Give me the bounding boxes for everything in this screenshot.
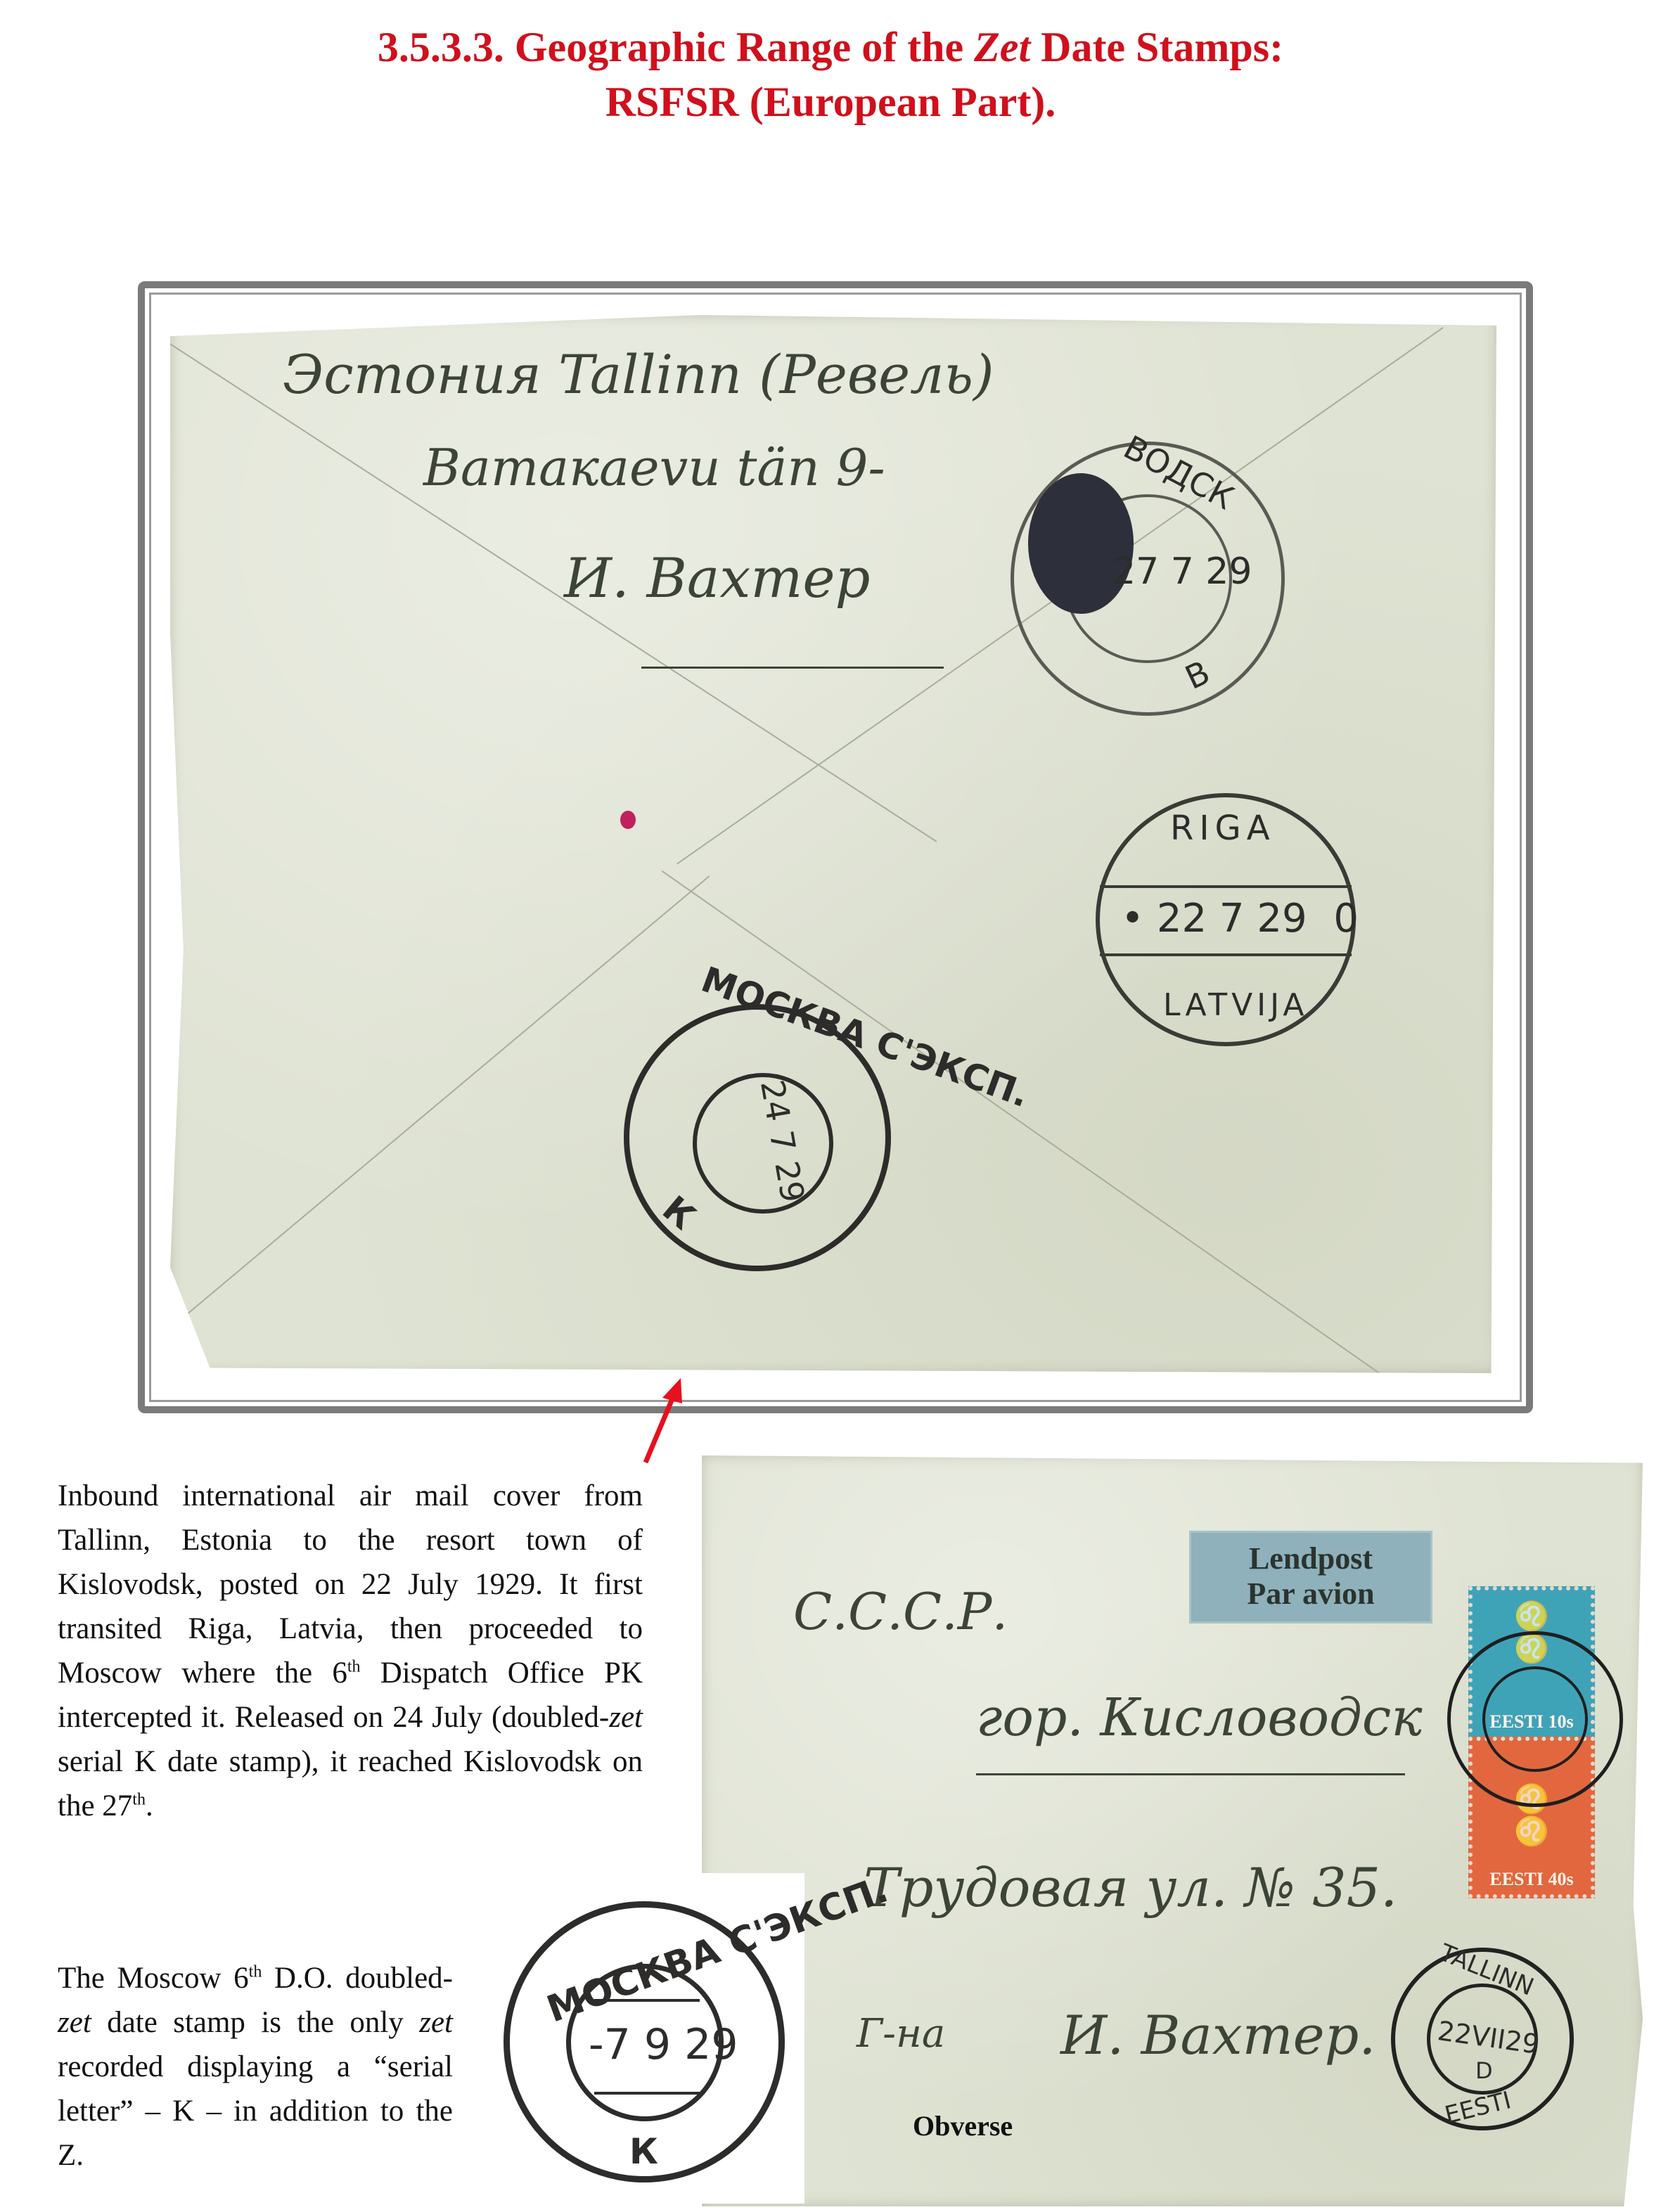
title-line-2: RSFSR (European Part). (0, 75, 1661, 129)
title-line-1: 3.5.3.3. Geographic Range of the Zet Dat… (0, 20, 1661, 75)
ink-spot (620, 811, 636, 829)
airmail-label: Lendpost Par avion (1191, 1533, 1430, 1621)
note-caption: The Moscow 6th D.O. doubled-zet date sta… (58, 1956, 453, 2178)
inset-moscow-postmark: МОСКВА С'ЭКСП. -7 9 29 К (461, 1873, 804, 2204)
kislovodsk-postmark: ВОДСК 27 7 29 В (1011, 442, 1285, 716)
riga-postmark: RIGA • 22 7 29 0 LATVIJA (1096, 793, 1356, 1046)
ink-blot (1028, 473, 1134, 614)
page-title: 3.5.3.3. Geographic Range of the Zet Dat… (0, 20, 1661, 129)
moscow-postmark: МОСКВА С'ЭКСП. 24 7 29 К (624, 1004, 891, 1271)
handwritten-country: С.С.С.Р. (793, 1582, 1008, 1641)
red-arrow-icon (633, 1371, 689, 1470)
handwriting-underline (976, 1773, 1405, 1775)
tallinn-postmark: TALLINN 22VII29 D EESTI (1391, 1948, 1574, 2130)
handwritten-city: гор. Кисловодск (976, 1687, 1423, 1748)
obverse-label: Obverse (913, 2109, 1013, 2142)
main-caption: Inbound international air mail cover fro… (58, 1474, 643, 1828)
handwritten-sender-line-2: Ватакаеvu tän 9- (423, 438, 885, 497)
handwritten-sender-line-3: И. Вахтер (564, 547, 870, 610)
handwritten-recipient: И. Вахтер. (1060, 2004, 1375, 2066)
handwritten-street: Трудовая ул. № 35. (864, 1856, 1397, 1919)
tallinn-cancel-on-stamps (1447, 1631, 1623, 1807)
handwritten-recipient-prefix: Г-на (857, 2011, 945, 2057)
enlarged-postmark: МОСКВА С'ЭКСП. -7 9 29 К (504, 1901, 785, 2182)
obverse-cover-image: Lendpost Par avion ♌♌ EESTI 10s ♌♌ EESTI… (702, 1455, 1643, 2206)
reverse-cover-image: Эстония Tallinn (Ревель) Ватакаеvu tän 9… (170, 315, 1496, 1373)
handwritten-sender-line-1: Эстония Tallinn (Ревель) (283, 343, 994, 406)
handwriting-underline (641, 667, 944, 669)
